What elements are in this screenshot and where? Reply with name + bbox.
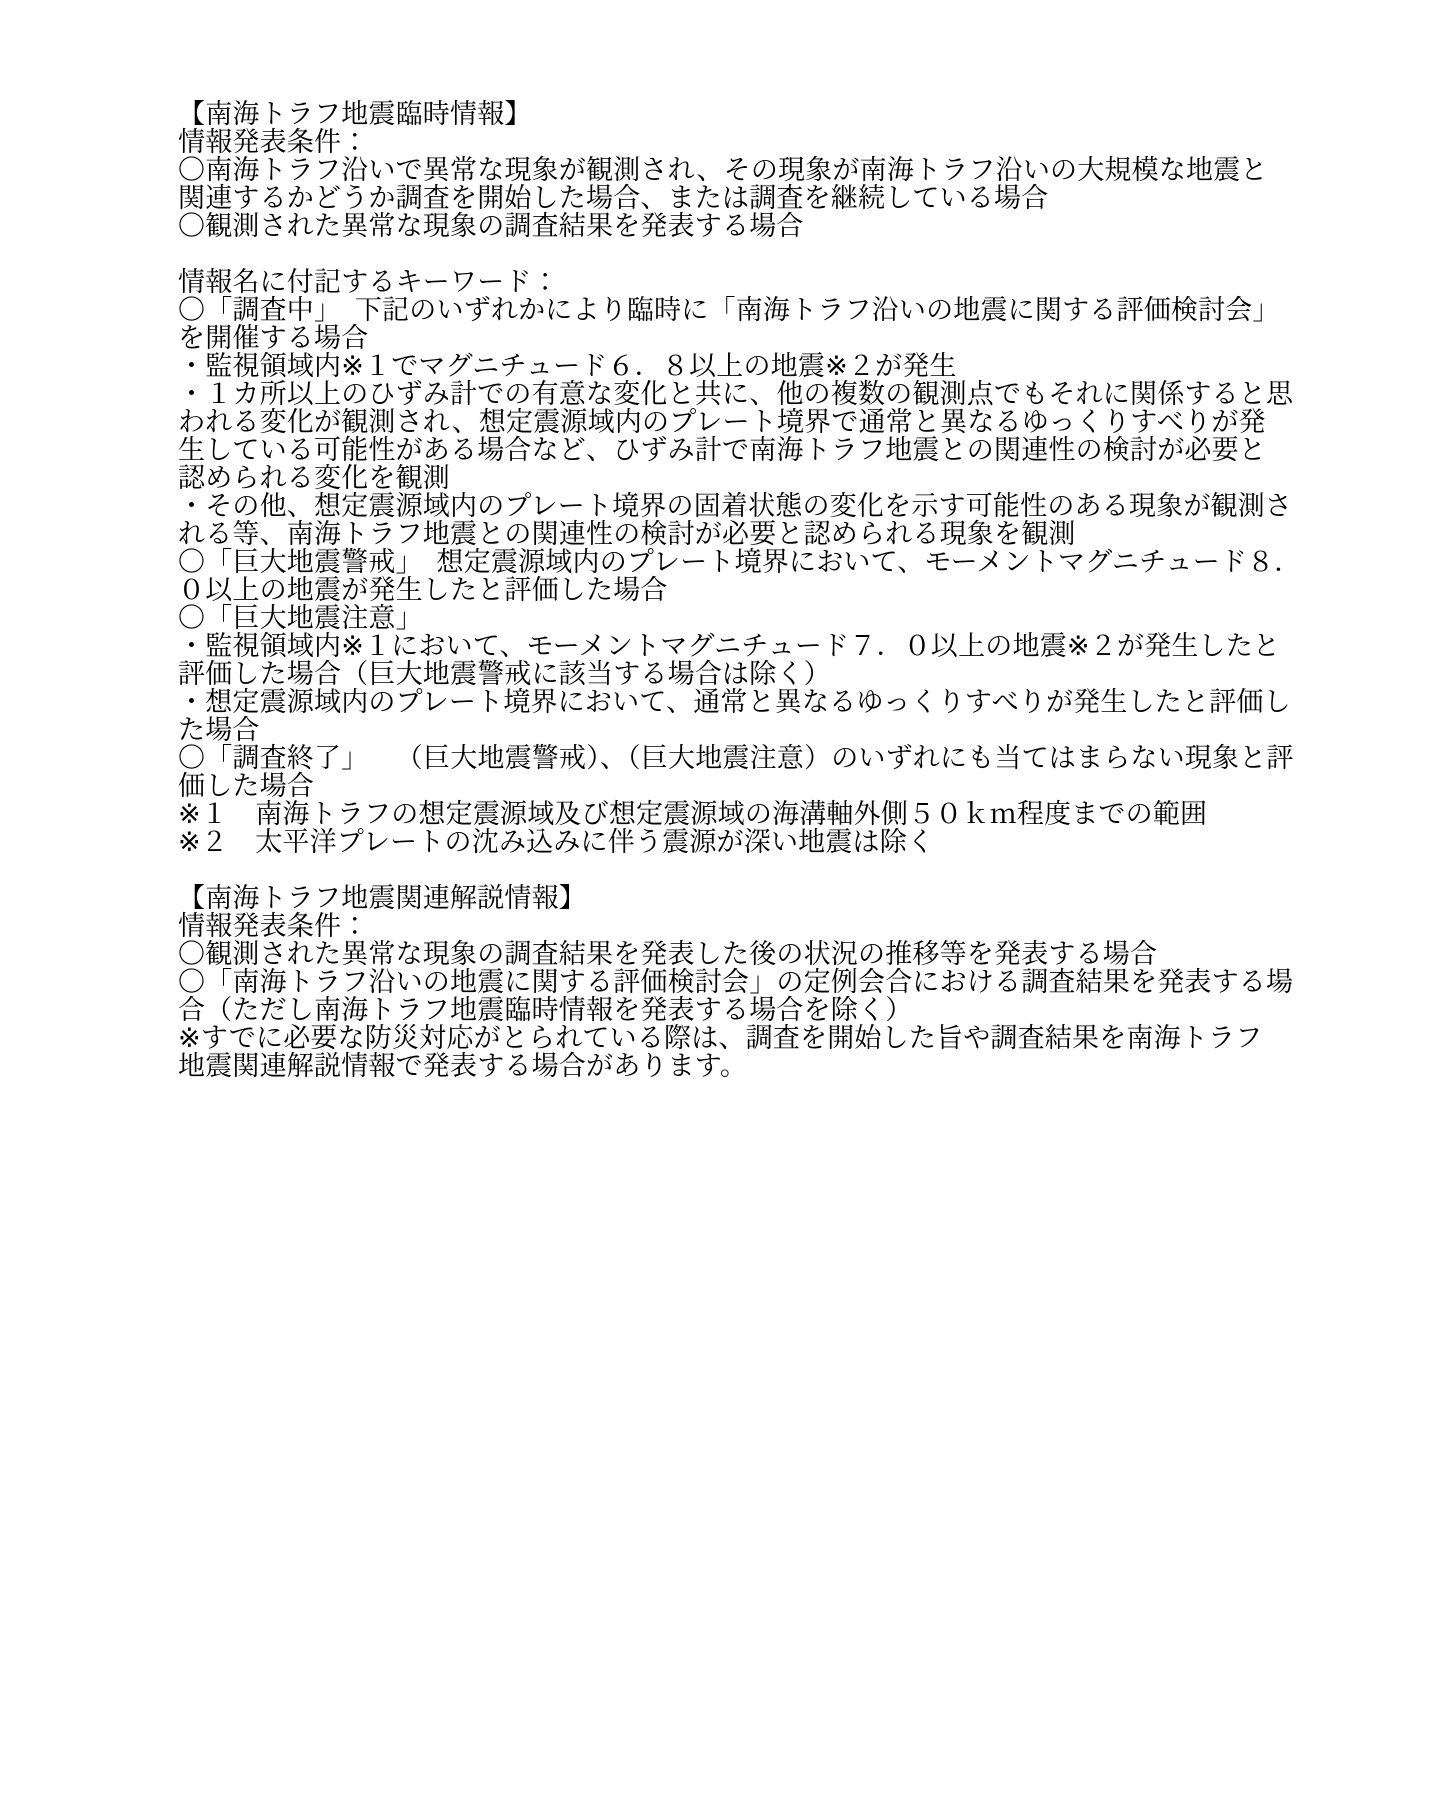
text-line: [178, 240, 1288, 268]
text-line: 価した場合: [178, 772, 1288, 800]
text-line: 〇「南海トラフ沿いの地震に関する評価検討会」の定例会合における調査結果を発表する…: [178, 968, 1288, 996]
text-line: 【南海トラフ地震臨時情報】: [178, 100, 1288, 128]
text-line: 認められる変化を観測: [178, 464, 1288, 492]
document-body: 【南海トラフ地震臨時情報】情報発表条件：〇南海トラフ沿いで異常な現象が観測され、…: [178, 100, 1288, 1080]
text-line: ※すでに必要な防災対応がとられている際は、調査を開始した旨や調査結果を南海トラフ: [178, 1024, 1288, 1052]
text-line: ・想定震源域内のプレート境界において、通常と異なるゆっくりすべりが発生したと評価…: [178, 688, 1288, 716]
text-line: ※１ 南海トラフの想定震源域及び想定震源域の海溝軸外側５０ｋｍ程度までの範囲: [178, 800, 1288, 828]
text-line: ０以上の地震が発生したと評価した場合: [178, 576, 1288, 604]
text-line: 〇「巨大地震警戒」 想定震源域内のプレート境界において、モーメントマグニチュード…: [178, 548, 1288, 576]
text-line: ・監視領域内※１において、モーメントマグニチュード７．０以上の地震※２が発生した…: [178, 632, 1288, 660]
text-line: 〇観測された異常な現象の調査結果を発表する場合: [178, 212, 1288, 240]
text-line: [178, 856, 1288, 884]
text-line: 情報名に付記するキーワード：: [178, 268, 1288, 296]
text-line: ・１カ所以上のひずみ計での有意な変化と共に、他の複数の観測点でもそれに関係すると…: [178, 380, 1288, 408]
text-line: 〇観測された異常な現象の調査結果を発表した後の状況の推移等を発表する場合: [178, 940, 1288, 968]
text-line: われる変化が観測され、想定震源域内のプレート境界で通常と異なるゆっくりすべりが発: [178, 408, 1288, 436]
text-line: た場合: [178, 716, 1288, 744]
text-line: 情報発表条件：: [178, 912, 1288, 940]
text-line: 生している可能性がある場合など、ひずみ計で南海トラフ地震との関連性の検討が必要と: [178, 436, 1288, 464]
text-line: 〇南海トラフ沿いで異常な現象が観測され、その現象が南海トラフ沿いの大規模な地震と: [178, 156, 1288, 184]
text-line: れる等、南海トラフ地震との関連性の検討が必要と認められる現象を観測: [178, 520, 1288, 548]
text-line: 【南海トラフ地震関連解説情報】: [178, 884, 1288, 912]
text-line: ※２ 太平洋プレートの沈み込みに伴う震源が深い地震は除く: [178, 828, 1288, 856]
text-line: 〇「調査中」 下記のいずれかにより臨時に「南海トラフ沿いの地震に関する評価検討会…: [178, 296, 1288, 324]
text-line: 評価した場合（巨大地震警戒に該当する場合は除く）: [178, 660, 1288, 688]
text-line: 地震関連解説情報で発表する場合があります。: [178, 1052, 1288, 1080]
text-line: ・その他、想定震源域内のプレート境界の固着状態の変化を示す可能性のある現象が観測…: [178, 492, 1288, 520]
document-page: 【南海トラフ地震臨時情報】情報発表条件：〇南海トラフ沿いで異常な現象が観測され、…: [0, 0, 1440, 1800]
text-line: ・監視領域内※１でマグニチュード６．８以上の地震※２が発生: [178, 352, 1288, 380]
text-line: 情報発表条件：: [178, 128, 1288, 156]
text-line: を開催する場合: [178, 324, 1288, 352]
text-line: 〇「巨大地震注意」: [178, 604, 1288, 632]
text-line: 〇「調査終了」 （巨大地震警戒）、（巨大地震注意）のいずれにも当てはまらない現象…: [178, 744, 1288, 772]
text-line: 合（ただし南海トラフ地震臨時情報を発表する場合を除く）: [178, 996, 1288, 1024]
text-line: 関連するかどうか調査を開始した場合、または調査を継続している場合: [178, 184, 1288, 212]
